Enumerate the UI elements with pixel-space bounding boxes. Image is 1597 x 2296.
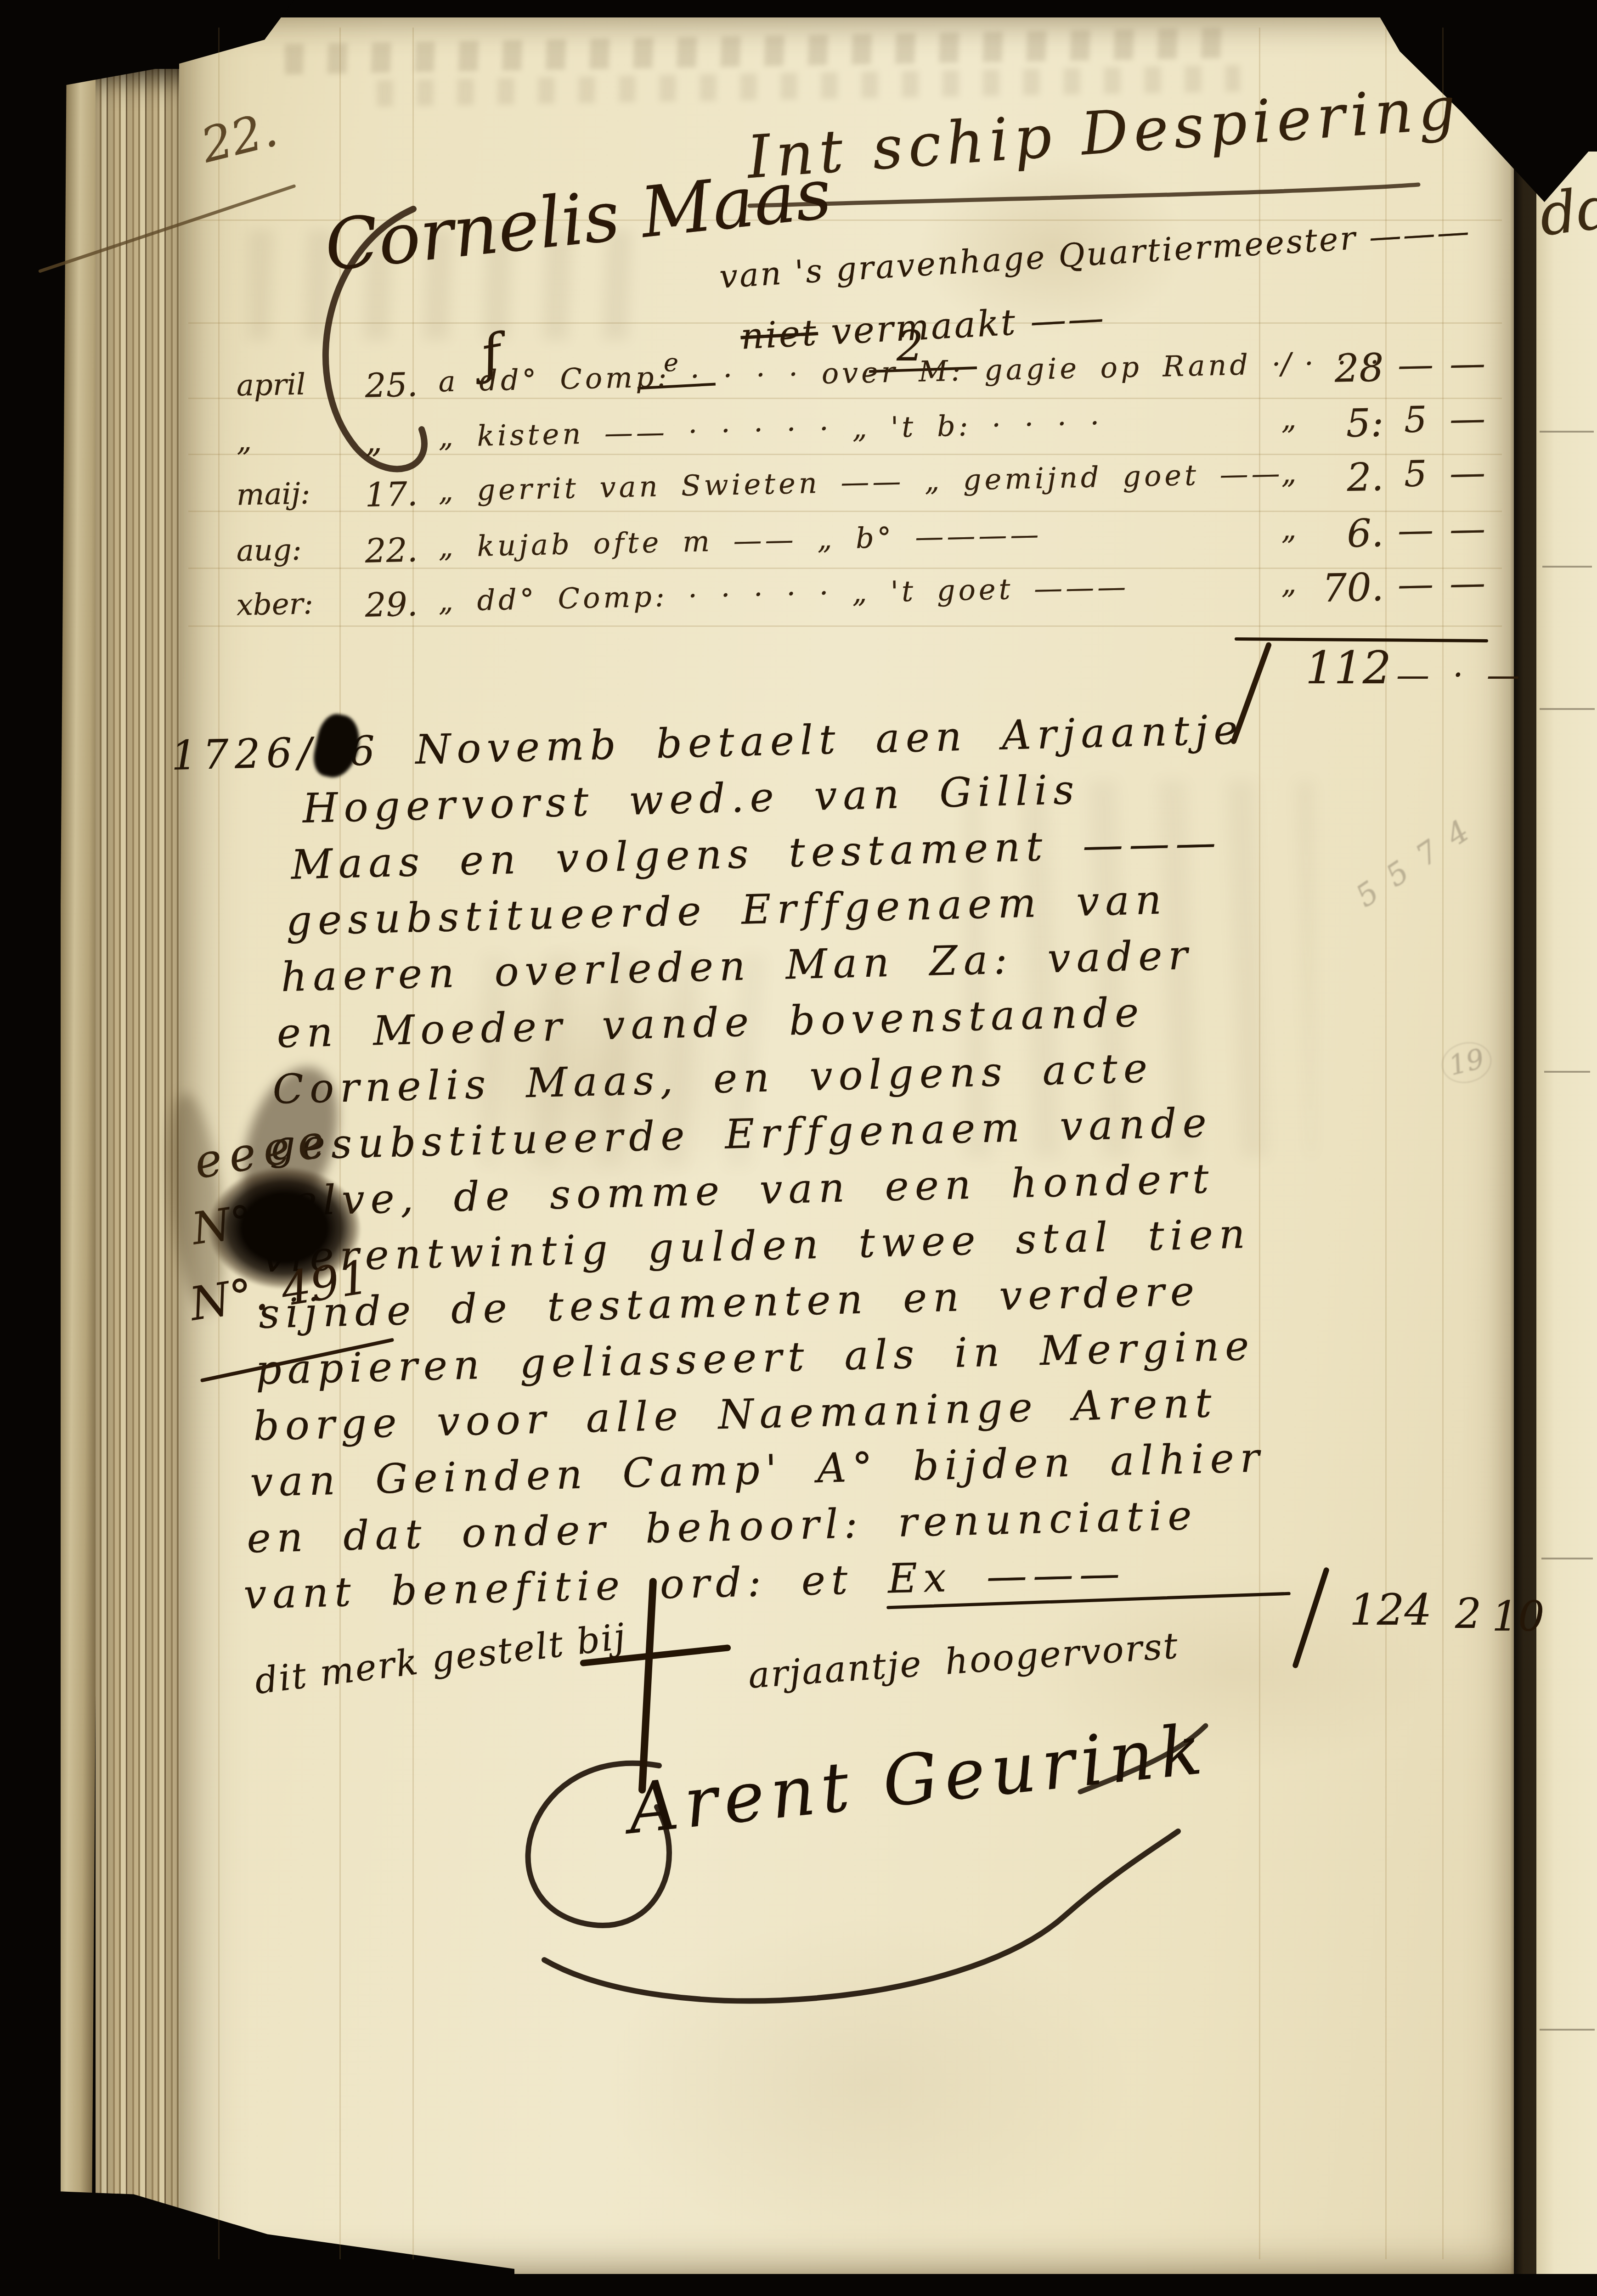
entry-month: „ <box>236 424 252 458</box>
entry-amount-stuivers: 2 <box>1455 1590 1481 1638</box>
amount-guilders: 5: <box>1303 400 1384 447</box>
entry-day: 17. <box>365 474 418 514</box>
entry-amount-penningen: 10 <box>1492 1593 1545 1641</box>
facing-page-rule <box>1544 1071 1590 1073</box>
amount-ditto-mark: „ <box>1281 402 1297 436</box>
amount-ditto-mark: „ <box>1281 512 1297 546</box>
facing-page-rule <box>1540 2029 1595 2031</box>
amount-guilders: 28 <box>1303 345 1384 392</box>
amount-penningen: — <box>1445 508 1490 551</box>
total-guilders: 112 <box>1305 642 1390 694</box>
amount-penningen: — <box>1445 343 1490 385</box>
facing-page-rule <box>1542 566 1592 568</box>
scanned-ledger-photo: 5 5 7 4 19 22. Int schip Despiering Corn… <box>0 0 1597 2296</box>
amount-stuivers: 5 <box>1391 399 1440 441</box>
entry-month: maij: <box>236 477 310 512</box>
amount-guilders: 2. <box>1303 454 1384 501</box>
amount-stuivers: — <box>1391 509 1440 551</box>
amount-guilders: 6. <box>1303 510 1384 557</box>
facing-page-rule <box>1541 1558 1593 1559</box>
amount-ditto-mark: „ <box>1281 566 1297 601</box>
entry-month: xber: <box>236 587 314 622</box>
payment-entry-paragraph: 1726/26 Novemb betaelt aen Arjaantje Hog… <box>288 706 1269 1625</box>
entry-day: 22. <box>365 530 418 570</box>
amount-penningen: — <box>1445 563 1490 605</box>
amount-penningen: — <box>1445 452 1490 495</box>
amount-penningen: — <box>1445 398 1490 440</box>
entry-day: 29. <box>365 585 418 624</box>
entry-day: 25. <box>365 365 418 405</box>
amount-ditto-mark: „ <box>1281 456 1297 490</box>
facing-page-rule <box>1540 431 1594 433</box>
facing-page-text-fragment: dd <box>1536 173 1597 249</box>
amount-guilders: 70. <box>1303 564 1384 611</box>
entry-month: aug: <box>236 533 302 568</box>
entry-amount-guilders: 124 <box>1349 1585 1432 1635</box>
amount-stuivers: — <box>1391 344 1440 386</box>
amount-stuivers: 5 <box>1391 453 1440 495</box>
backdrop-left <box>0 0 61 2296</box>
total-dashes: — · — <box>1396 656 1526 694</box>
entry-month: april <box>236 367 306 403</box>
amount-ditto-mark: / <box>1281 347 1291 381</box>
amount-stuivers: — <box>1391 563 1440 606</box>
facing-page-rule <box>1540 708 1595 710</box>
struck-word: niet <box>739 312 819 358</box>
entry-day: „ <box>365 421 383 460</box>
